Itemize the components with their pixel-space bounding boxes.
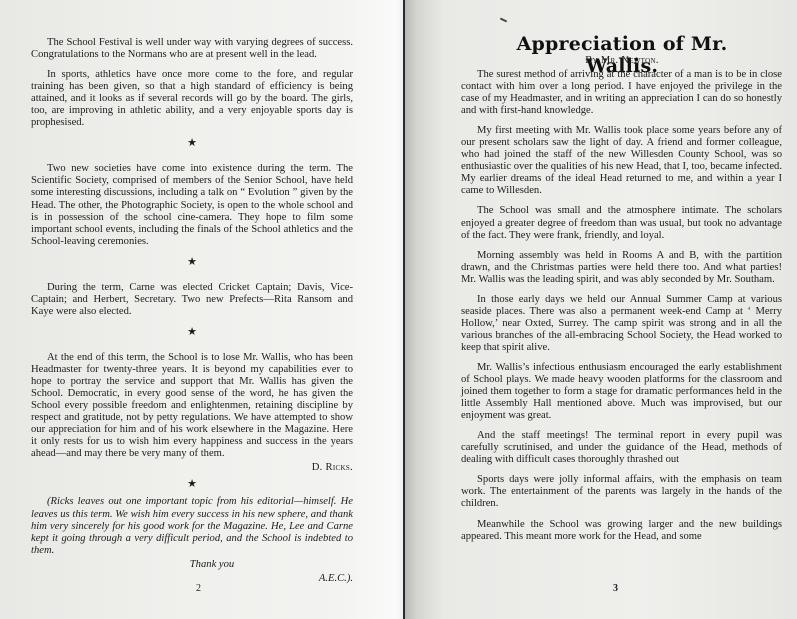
paragraph: Meanwhile the School was growing larger … — [461, 519, 782, 543]
page-number: 3 — [613, 583, 618, 594]
editor-note-thanks: Thank you — [71, 559, 353, 571]
paragraph: Mr. Wallis’s infectious enthusiasm encou… — [461, 362, 782, 422]
paragraph: And the staff meetings! The terminal rep… — [461, 430, 782, 466]
paragraph: In sports, athletics have once more come… — [31, 69, 353, 129]
star-separator-icon: ★ — [31, 326, 353, 338]
paragraph: The surest method of arriving at the cha… — [461, 69, 782, 117]
paragraph: In those early days we held our Annual S… — [461, 294, 782, 354]
left-page: The School Festival is well under way wi… — [0, 0, 404, 619]
editor-note-initials: A.E.C.). — [31, 573, 353, 585]
paragraph: Morning assembly was held in Rooms A and… — [461, 250, 782, 286]
editorial-column: The School Festival is well under way wi… — [31, 37, 353, 585]
paragraph: Two new societies have come into existen… — [31, 163, 353, 247]
magazine-spread: The School Festival is well under way wi… — [0, 0, 797, 619]
editor-note: (Ricks leaves out one important topic fr… — [31, 496, 353, 584]
paragraph: Sports days were jolly informal affairs,… — [461, 474, 782, 510]
star-separator-icon: ★ — [31, 478, 353, 490]
paragraph: The School Festival is well under way wi… — [31, 37, 353, 61]
signature: D. Ricks. — [31, 462, 353, 474]
article-byline: By Mr. Newton. — [502, 55, 742, 66]
star-separator-icon: ★ — [31, 256, 353, 268]
paragraph: At the end of this term, the School is t… — [31, 352, 353, 460]
article-column: The surest method of arriving at the cha… — [461, 69, 782, 551]
right-page: Appreciation of Mr. Wallis. By Mr. Newto… — [405, 0, 797, 619]
paragraph: The School was small and the atmosphere … — [461, 205, 782, 241]
editor-note-text: (Ricks leaves out one important topic fr… — [31, 496, 353, 556]
page-number: 2 — [196, 583, 201, 594]
ink-mark — [500, 18, 507, 23]
paragraph: During the term, Carne was elected Crick… — [31, 282, 353, 318]
star-separator-icon: ★ — [31, 137, 353, 149]
paragraph: My first meeting with Mr. Wallis took pl… — [461, 125, 782, 197]
